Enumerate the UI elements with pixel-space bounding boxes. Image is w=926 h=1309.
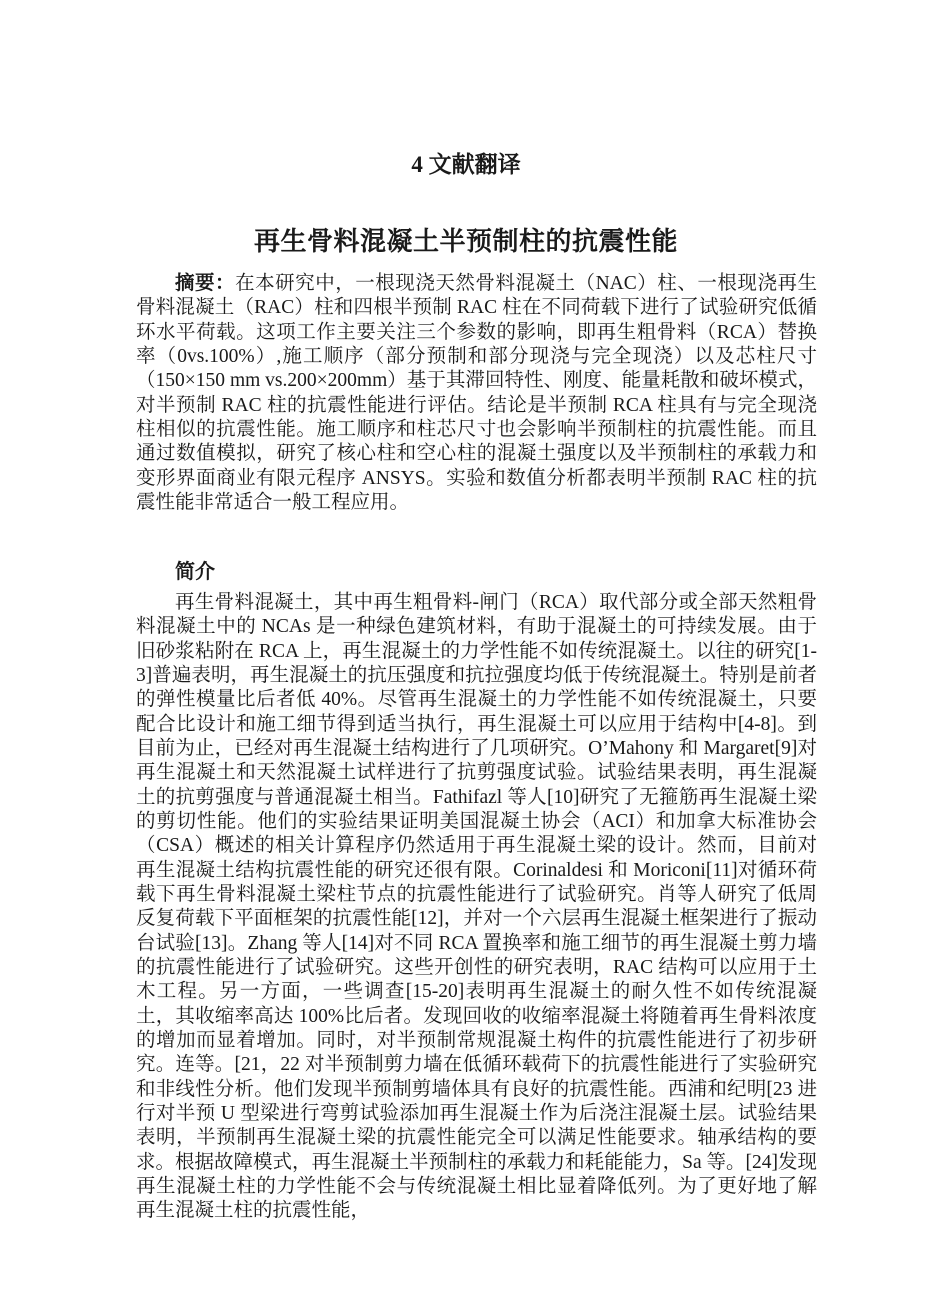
intro-heading: 简介 [136,560,817,584]
abstract-label: 摘要： [175,273,235,294]
document-title: 再生骨料混凝土半预制柱的抗震性能 [113,227,819,257]
abstract-paragraph: 摘要：在本研究中，一根现浇天然骨料混凝土（NAC）柱、一根现浇再生骨料混凝土（R… [136,272,817,515]
intro-paragraph: 再生骨料混凝土，其中再生粗骨料-闸门（RCA）取代部分或全部天然粗骨料混凝土中的… [136,591,817,1224]
abstract-text: 在本研究中，一根现浇天然骨料混凝土（NAC）柱、一根现浇再生骨料混凝土（RAC）… [136,273,817,513]
document-page: 4 文献翻译 再生骨料混凝土半预制柱的抗震性能 摘要：在本研究中，一根现浇天然骨… [0,0,926,1309]
section-heading: 4 文献翻译 [113,152,819,178]
